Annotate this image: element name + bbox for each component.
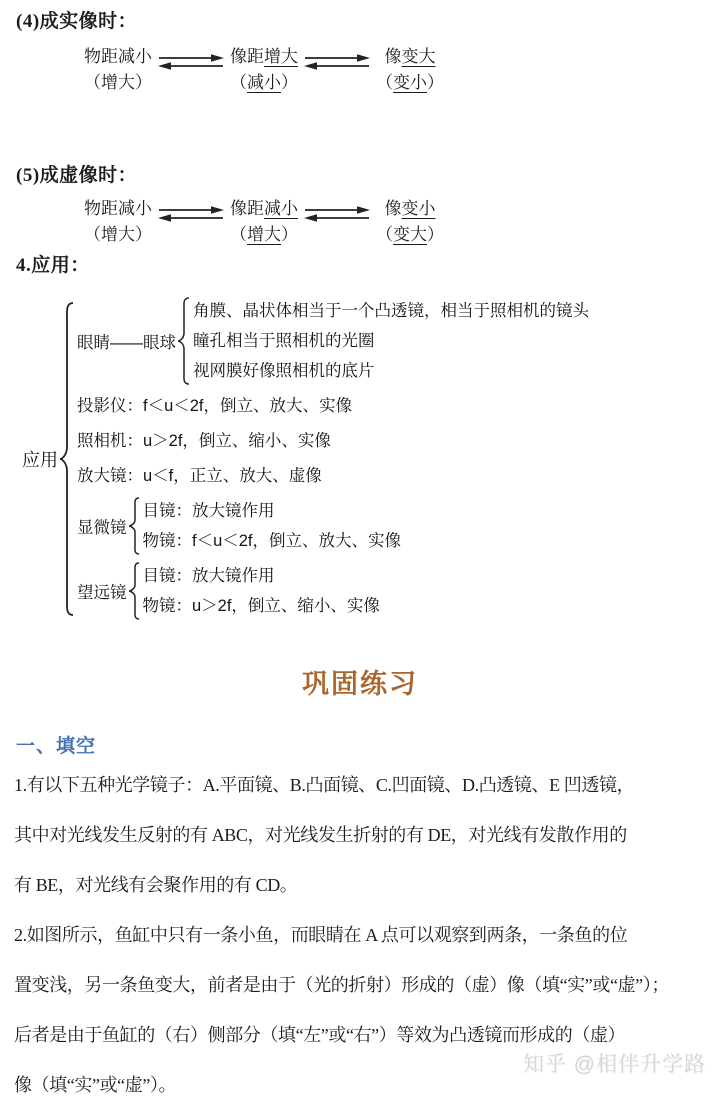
curly-brace-icon — [128, 562, 141, 620]
fill-in-blank-subheading: 一、填空 — [16, 731, 96, 758]
eye-line: 瞳孔相当于照相机的光圈 — [193, 326, 589, 356]
node-text: 像距 — [230, 47, 264, 66]
paren-open: （ — [84, 73, 101, 92]
node-subtext-underlined: 变大 — [393, 225, 427, 244]
node-text-underlined: 减小 — [264, 199, 298, 218]
node-text-underlined: 变小 — [402, 199, 436, 218]
microscope-line: 物镜：f＜u＜2f，倒立、放大、实像 — [143, 526, 402, 556]
paren-close: ） — [427, 225, 444, 244]
paren-close: ） — [135, 73, 152, 92]
node-subtext: 增大 — [101, 225, 135, 244]
node-subtext-underlined: 增大 — [247, 225, 281, 244]
exercise-heading: 巩固练习 — [0, 662, 720, 701]
node-text: 物距减小 — [84, 199, 152, 218]
tree-branch-microscope: 显微镜 目镜：放大镜作用 物镜：f＜u＜2f，倒立、放大、实像 — [77, 496, 589, 556]
application-tree-diagram: 应用 眼睛——眼球 角膜、晶状体相当于一个凸透镜，相当于照相机的镜头 瞳孔相当于… — [22, 296, 589, 621]
flow-diagram-real-image: 物距减小 （增大） 像距增大 （减小） 像变大 （变小） — [84, 44, 444, 96]
paren-open: （ — [230, 225, 247, 244]
paren-close: ） — [427, 73, 444, 92]
tree-branch-eye: 眼睛——眼球 角膜、晶状体相当于一个凸透镜，相当于照相机的镜头 瞳孔相当于照相机… — [77, 296, 589, 386]
node-text: 像 — [385, 47, 402, 66]
document-page: (4)成实像时： 物距减小 （增大） 像距增大 （减小） 像变大 （变小） (5… — [0, 0, 720, 1105]
tree-branch-telescope: 望远镜 目镜：放大镜作用 物镜：u＞2f，倒立、缩小、实像 — [77, 561, 589, 621]
telescope-line: 目镜：放大镜作用 — [143, 561, 380, 591]
flow-node: 像变小 （变大） — [376, 196, 444, 248]
section-title-real-image: (4)成实像时： — [16, 6, 137, 33]
node-text-underlined: 增大 — [264, 47, 298, 66]
paren-close: ） — [135, 225, 152, 244]
curly-brace-icon — [59, 301, 75, 617]
reversible-arrows-icon — [158, 204, 224, 224]
zhihu-watermark: 知乎 @相伴升学路 — [523, 1048, 706, 1078]
paren-open: （ — [376, 73, 393, 92]
curly-brace-icon — [128, 497, 141, 555]
flow-diagram-virtual-image: 物距减小 （增大） 像距减小 （增大） 像变小 （变大） — [84, 196, 444, 248]
question-2-line: 置变浅，另一条鱼变大，前者是由于（光的折射）形成的（虚）像（填“实”或“虚”）； — [14, 960, 714, 1010]
node-subtext-underlined: 变小 — [393, 73, 427, 92]
question-1-line: 有 BE，对光线有会聚作用的有 CD。 — [14, 860, 714, 910]
eye-branch-label: 眼睛——眼球 — [77, 329, 176, 353]
tree-root-label: 应用 — [22, 446, 58, 472]
eye-line: 角膜、晶状体相当于一个凸透镜，相当于照相机的镜头 — [193, 296, 589, 326]
node-subtext-underlined: 减小 — [247, 73, 281, 92]
telescope-line: 物镜：u＞2f，倒立、缩小、实像 — [143, 591, 380, 621]
paren-close: ） — [281, 73, 298, 92]
flow-node: 像变大 （变小） — [376, 44, 444, 96]
reversible-arrows-icon — [304, 52, 370, 72]
microscope-line: 目镜：放大镜作用 — [143, 496, 402, 526]
tree-branch-projector: 投影仪：f＜u＜2f，倒立、放大、实像 — [77, 391, 589, 421]
node-subtext: 增大 — [101, 73, 135, 92]
question-1-line: 其中对光线发生反射的有 ABC，对光线发生折射的有 DE，对光线有发散作用的 — [14, 810, 714, 860]
paren-open: （ — [376, 225, 393, 244]
tree-branch-magnifier: 放大镜：u＜f，正立、放大、虚像 — [77, 461, 589, 491]
node-text-underlined: 变大 — [402, 47, 436, 66]
question-1-line: 1.有以下五种光学镜子：A.平面镜、B.凸面镜、C.凹面镜、D.凸透镜、E 凹透… — [14, 760, 714, 810]
flow-node: 物距减小 （增大） — [84, 44, 152, 96]
section-title-virtual-image: (5)成虚像时： — [16, 160, 137, 187]
tree-branch-camera: 照相机：u＞2f，倒立、缩小、实像 — [77, 426, 589, 456]
paren-open: （ — [230, 73, 247, 92]
paren-close: ） — [281, 225, 298, 244]
reversible-arrows-icon — [304, 204, 370, 224]
telescope-label: 望远镜 — [77, 579, 127, 603]
flow-node: 像距增大 （减小） — [230, 44, 298, 96]
node-text: 像距 — [230, 199, 264, 218]
microscope-label: 显微镜 — [77, 514, 127, 538]
flow-node: 像距减小 （增大） — [230, 196, 298, 248]
eye-line: 视网膜好像照相机的底片 — [193, 356, 589, 386]
node-text: 物距减小 — [84, 47, 152, 66]
paren-open: （ — [84, 225, 101, 244]
question-2-line: 2.如图所示，鱼缸中只有一条小鱼，而眼睛在 A 点可以观察到两条，一条鱼的位 — [14, 910, 714, 960]
section-title-applications: 4.应用： — [16, 250, 90, 277]
reversible-arrows-icon — [158, 52, 224, 72]
node-text: 像 — [385, 199, 402, 218]
flow-node: 物距减小 （增大） — [84, 196, 152, 248]
curly-brace-icon — [177, 297, 191, 385]
